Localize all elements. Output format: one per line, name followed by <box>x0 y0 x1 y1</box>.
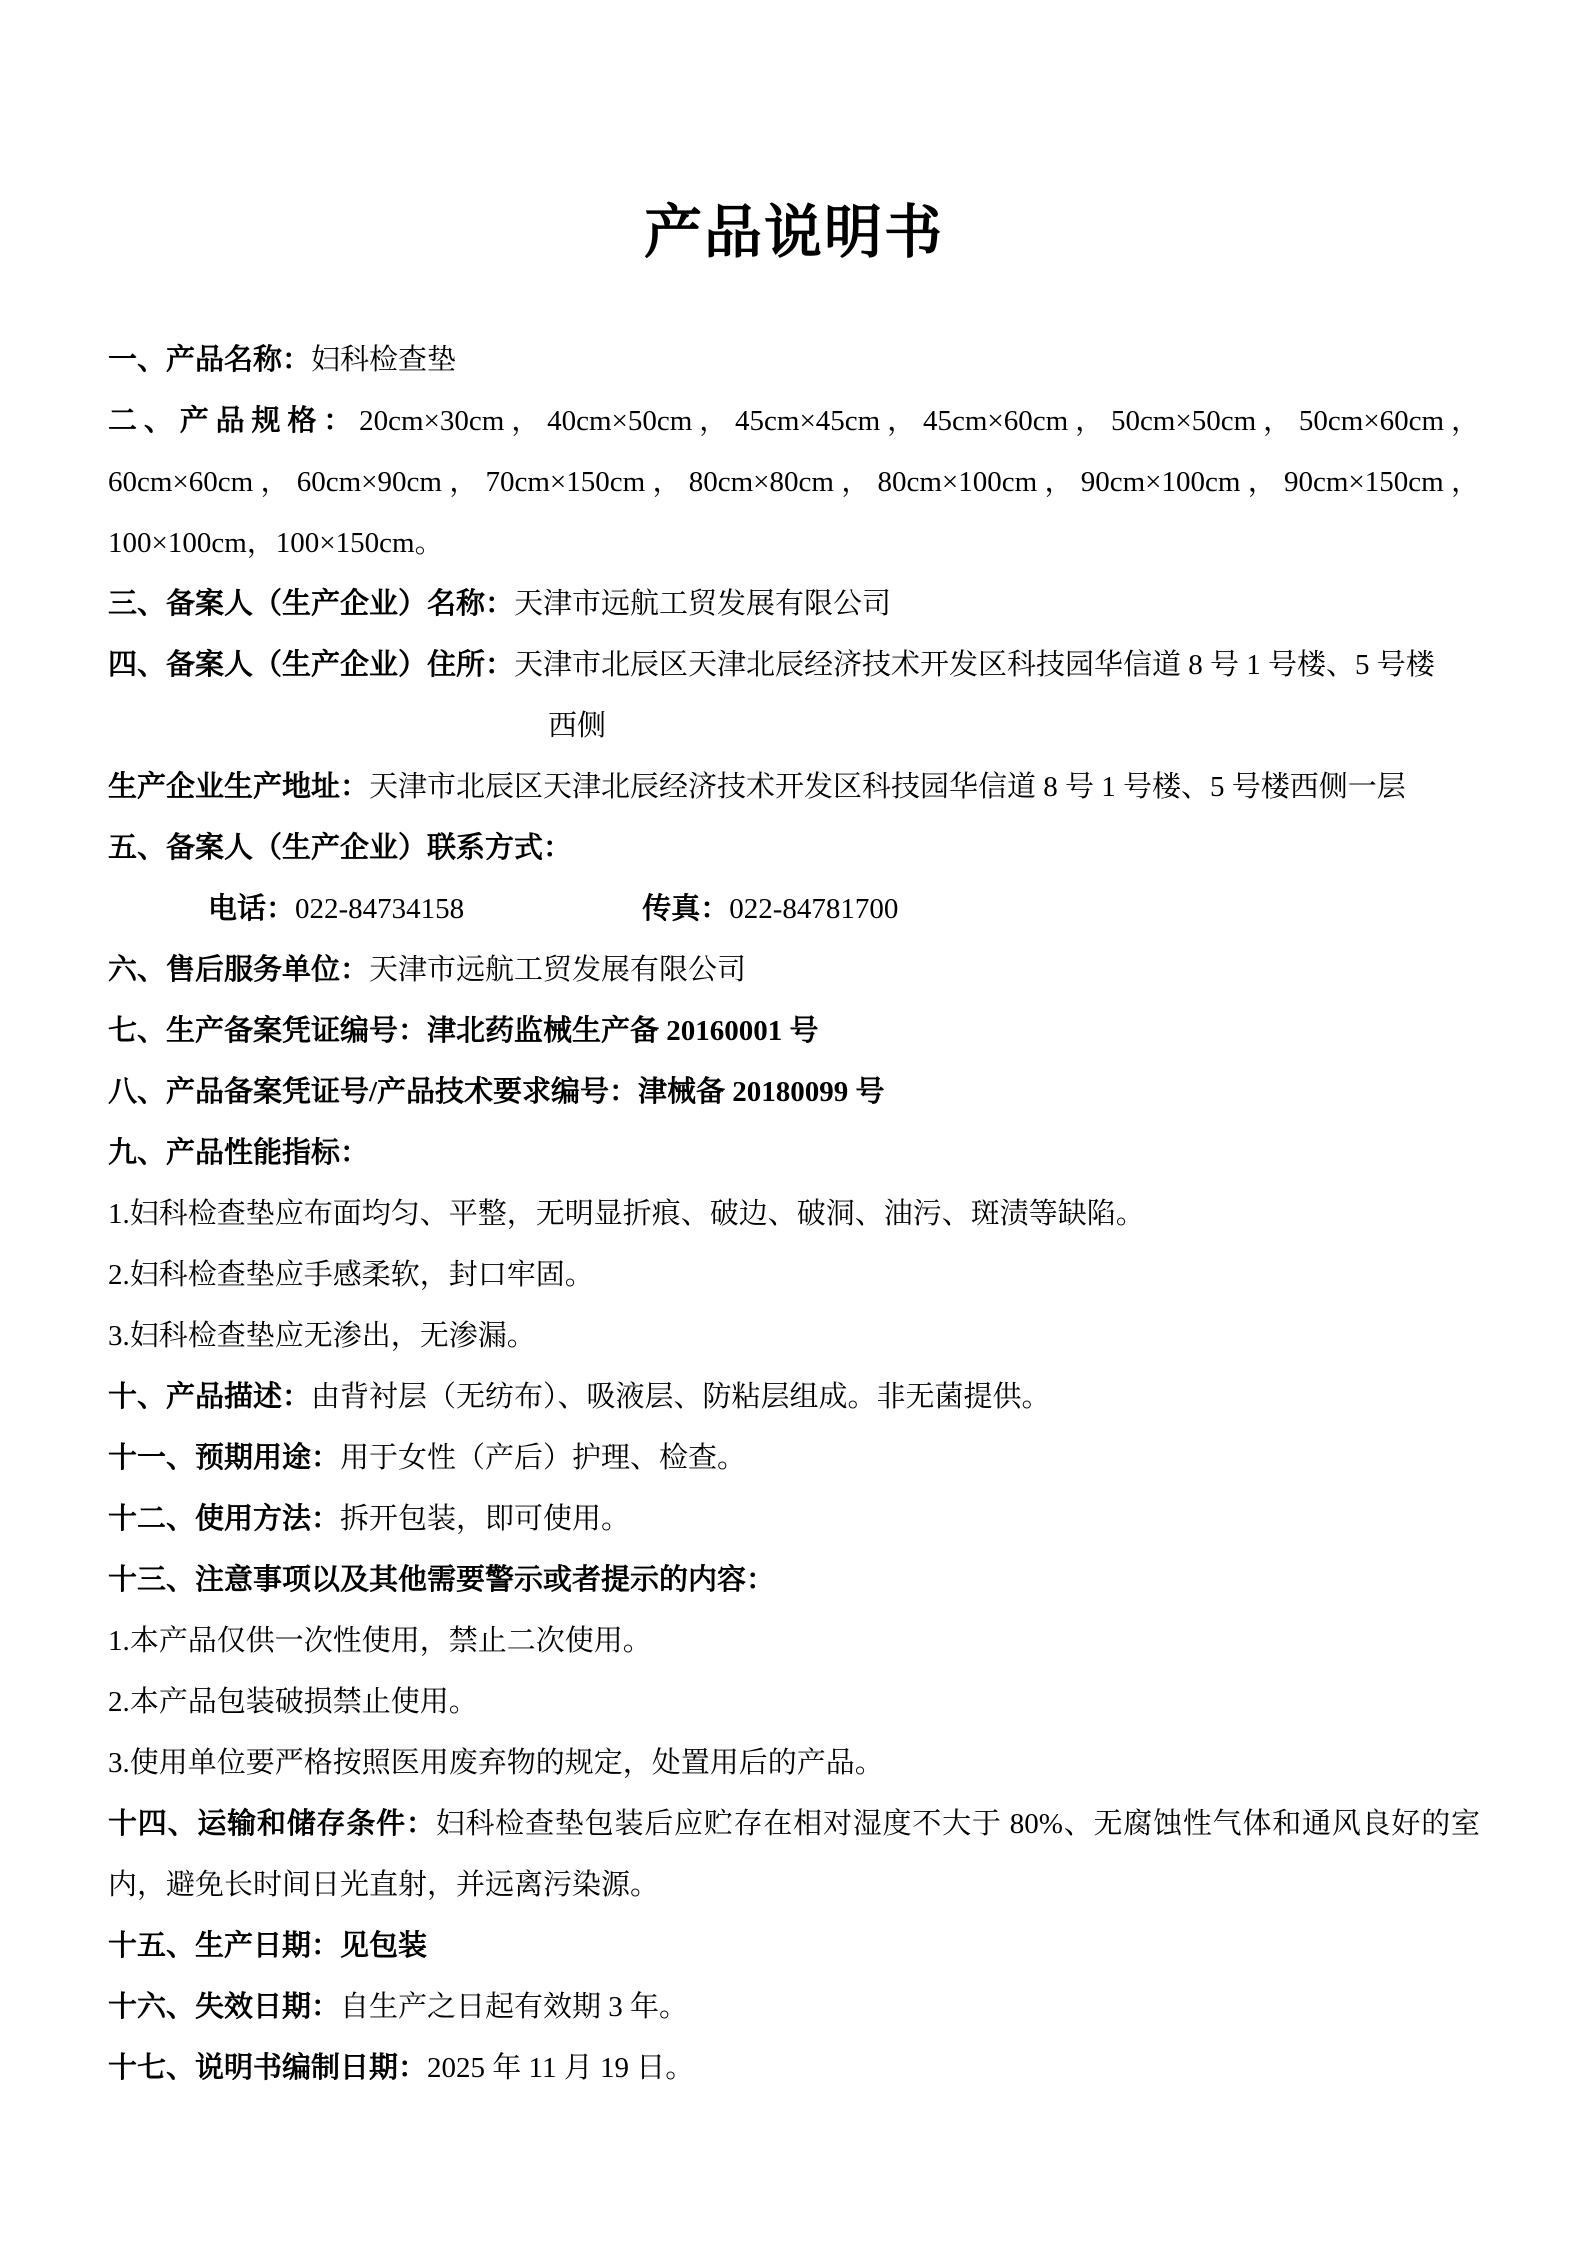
body-text: 022-84734158 <box>295 893 464 925</box>
product-name: 一、产品名称：妇科检查垫 <box>108 330 1480 391</box>
body-text: 自生产之日起有效期 3 年。 <box>340 1991 688 2023</box>
label-text: 十四、运输和储存条件： <box>108 1808 436 1840</box>
precaution-item-2: 2.本产品包装破损禁止使用。 <box>108 1672 1480 1733</box>
body-text: 3.使用单位要严格按照医用废弃物的规定，处置用后的产品。 <box>108 1747 884 1779</box>
body-text: 用于女性（产后）护理、检查。 <box>340 1442 746 1474</box>
intended-use: 十一、预期用途：用于女性（产后）护理、检查。 <box>108 1428 1480 1489</box>
production-date: 十五、生产日期：见包装 <box>108 1916 1480 1977</box>
body-text: 天津市北辰区天津北辰经济技术开发区科技园华信道 8 号 1 号楼、5 号楼西侧一… <box>369 771 1406 803</box>
after-sales-unit: 六、售后服务单位：天津市远航工贸发展有限公司 <box>108 940 1480 1001</box>
page-title: 产品说明书 <box>108 198 1480 268</box>
label-text: 七、生产备案凭证编号：津北药监械生产备 20160001 号 <box>108 1015 819 1047</box>
label-text: 二、产品规格： <box>108 405 359 437</box>
performance-heading: 九、产品性能指标： <box>108 1123 1480 1184</box>
label-text: 十一、预期用途： <box>108 1442 340 1474</box>
label-text: 四、备案人（生产企业）住所： <box>108 649 514 681</box>
body-text: 妇科检查垫 <box>311 344 456 376</box>
label-text: 十六、失效日期： <box>108 1991 340 2023</box>
body-text: 2.本产品包装破损禁止使用。 <box>108 1686 478 1718</box>
label-text: 六、售后服务单位： <box>108 954 369 986</box>
product-spec: 二、产品规格：20cm×30cm，40cm×50cm，45cm×45cm，45c… <box>108 391 1480 574</box>
body-text: 拆开包装，即可使用。 <box>340 1503 630 1535</box>
body-text: 3.妇科检查垫应无渗出，无渗漏。 <box>108 1320 536 1352</box>
label-text: 九、产品性能指标： <box>108 1137 369 1169</box>
contact-heading: 五、备案人（生产企业）联系方式： <box>108 818 1480 879</box>
label-text: 电话： <box>208 893 295 925</box>
performance-item-3: 3.妇科检查垫应无渗出，无渗漏。 <box>108 1306 1480 1367</box>
contact-line: 电话：022-84734158传真：022-84781700 <box>208 879 1480 940</box>
label-text: 十二、使用方法： <box>108 1503 340 1535</box>
usage-method: 十二、使用方法：拆开包装，即可使用。 <box>108 1489 1480 1550</box>
label-text: 八、产品备案凭证号/产品技术要求编号：津械备 20180099 号 <box>108 1076 885 1108</box>
product-description: 十、产品描述：由背衬层（无纺布）、吸液层、防粘层组成。非无菌提供。 <box>108 1367 1480 1428</box>
document-body: 一、产品名称：妇科检查垫二、产品规格：20cm×30cm，40cm×50cm，4… <box>108 330 1480 2099</box>
label-text: 五、备案人（生产企业）联系方式： <box>108 832 572 864</box>
body-text: 1.妇科检查垫应布面均匀、平整，无明显折痕、破边、破洞、油污、斑渍等缺陷。 <box>108 1198 1145 1230</box>
label-text: 十、产品描述： <box>108 1381 311 1413</box>
performance-item-1: 1.妇科检查垫应布面均匀、平整，无明显折痕、破边、破洞、油污、斑渍等缺陷。 <box>108 1184 1480 1245</box>
precaution-item-3: 3.使用单位要严格按照医用废弃物的规定，处置用后的产品。 <box>108 1733 1480 1794</box>
label-text: 三、备案人（生产企业）名称： <box>108 588 514 620</box>
body-text: 2025 年 11 月 19 日。 <box>427 2052 694 2084</box>
precautions-heading: 十三、注意事项以及其他需要警示或者提示的内容： <box>108 1550 1480 1611</box>
body-text: 西侧 <box>548 710 606 742</box>
storage-conditions: 十四、运输和储存条件：妇科检查垫包装后应贮存在相对湿度不大于 80%、无腐蚀性气… <box>108 1794 1480 1916</box>
expiry-date: 十六、失效日期：自生产之日起有效期 3 年。 <box>108 1977 1480 2038</box>
production-record-number: 七、生产备案凭证编号：津北药监械生产备 20160001 号 <box>108 1001 1480 1062</box>
registrant-address: 四、备案人（生产企业）住所：天津市北辰区天津北辰经济技术开发区科技园华信道 8 … <box>108 635 1480 696</box>
label-text: 十七、说明书编制日期： <box>108 2052 427 2084</box>
document-page: 产品说明书 一、产品名称：妇科检查垫二、产品规格：20cm×30cm，40cm×… <box>0 0 1588 2244</box>
label-text: 十三、注意事项以及其他需要警示或者提示的内容： <box>108 1564 775 1596</box>
label-text: 传真： <box>642 893 729 925</box>
body-text: 1.本产品仅供一次性使用，禁止二次使用。 <box>108 1625 652 1657</box>
body-text: 由背衬层（无纺布）、吸液层、防粘层组成。非无菌提供。 <box>311 1381 1051 1413</box>
body-text: 天津市远航工贸发展有限公司 <box>369 954 746 986</box>
body-text: 天津市北辰区天津北辰经济技术开发区科技园华信道 8 号 1 号楼、5 号楼 <box>514 649 1435 681</box>
performance-item-2: 2.妇科检查垫应手感柔软，封口牢固。 <box>108 1245 1480 1306</box>
registrant-name: 三、备案人（生产企业）名称：天津市远航工贸发展有限公司 <box>108 574 1480 635</box>
precaution-item-1: 1.本产品仅供一次性使用，禁止二次使用。 <box>108 1611 1480 1672</box>
body-text: 2.妇科检查垫应手感柔软，封口牢固。 <box>108 1259 594 1291</box>
manual-compile-date: 十七、说明书编制日期：2025 年 11 月 19 日。 <box>108 2038 1480 2099</box>
product-record-number: 八、产品备案凭证号/产品技术要求编号：津械备 20180099 号 <box>108 1062 1480 1123</box>
label-text: 十五、生产日期：见包装 <box>108 1930 427 1962</box>
label-text: 一、产品名称： <box>108 344 311 376</box>
label-text: 生产企业生产地址： <box>108 771 369 803</box>
registrant-address-continuation: 西侧 <box>548 696 1480 757</box>
production-address: 生产企业生产地址：天津市北辰区天津北辰经济技术开发区科技园华信道 8 号 1 号… <box>108 757 1480 818</box>
body-text: 022-84781700 <box>729 893 898 925</box>
body-text: 天津市远航工贸发展有限公司 <box>514 588 891 620</box>
